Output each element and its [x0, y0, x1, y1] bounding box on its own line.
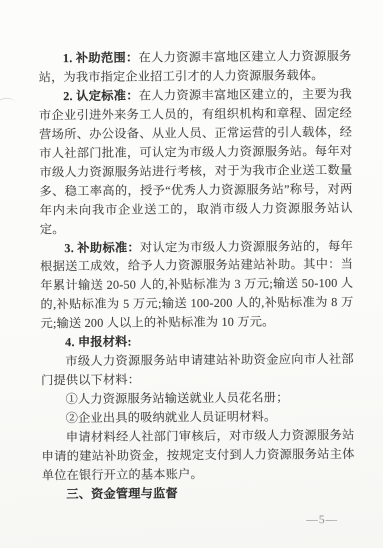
- section-heading-fund-management: 三、资金管理与监督: [42, 483, 355, 504]
- review-payment-text: 申请材料经人社部门审核后，对市级人力资源服务站申请的建站补助资金，按规定支付到人…: [42, 428, 355, 482]
- list-item-employment-proof: ②企业出具的吸纳就业人员证明材料。: [41, 407, 354, 428]
- recognition-criteria-label: 2. 认定标准：: [63, 88, 139, 103]
- paragraph-recognition-criteria: 2. 认定标准：在人力资源丰富地区建立的，主要为我市企业引进外来务工人员的，有组…: [39, 85, 353, 239]
- materials-intro-text: 市级人力资源服务站申请建站补助资金应向市人社部门提供以下材料：: [41, 352, 354, 387]
- list-item-roster: ①人力资源服务站输送就业人员花名册；: [41, 388, 354, 409]
- paragraph-materials-intro: 市级人力资源服务站申请建站补助资金应向市人社部门提供以下材料：: [41, 350, 354, 390]
- application-materials-label: 4. 申报材料:: [65, 335, 132, 350]
- paragraph-application-materials: 4. 申报材料:: [41, 331, 354, 352]
- paragraph-review-payment: 申请材料经人社部门审核后，对市级人力资源服务站申请的建站补助资金，按规定支付到人…: [41, 426, 354, 485]
- paragraph-subsidy-standard: 3. 补助标准：对认定为市级人力资源服务站的，每年根据送工成效，给予人力资源服务…: [40, 236, 354, 333]
- recognition-criteria-text: 在人力资源丰富地区建立的，主要为我市企业引进外来务工人员的，有组织机构和章程、固…: [39, 87, 353, 236]
- document-body: 1. 补助范围：在人力资源丰富地区建立人力资源服务站，为我市指定企业招工引才的人…: [38, 47, 355, 504]
- scanned-document-page: 1. 补助范围：在人力资源丰富地区建立人力资源服务站，为我市指定企业招工引才的人…: [0, 0, 383, 548]
- list-item-employment-proof-text: ②企业出具的吸纳就业人员证明材料。: [66, 410, 277, 426]
- list-item-roster-text: ①人力资源服务站输送就业人员花名册；: [66, 391, 289, 407]
- subsidy-standard-label: 3. 补助标准：: [64, 240, 140, 255]
- subsidy-scope-label: 1. 补助范围：: [63, 51, 139, 66]
- page-number: —5—: [306, 514, 338, 526]
- page-tilt-wrapper: 1. 补助范围：在人力资源丰富地区建立人力资源服务站，为我市指定企业招工引才的人…: [0, 0, 383, 548]
- paragraph-subsidy-scope: 1. 补助范围：在人力资源丰富地区建立人力资源服务站，为我市指定企业招工引才的人…: [38, 47, 351, 87]
